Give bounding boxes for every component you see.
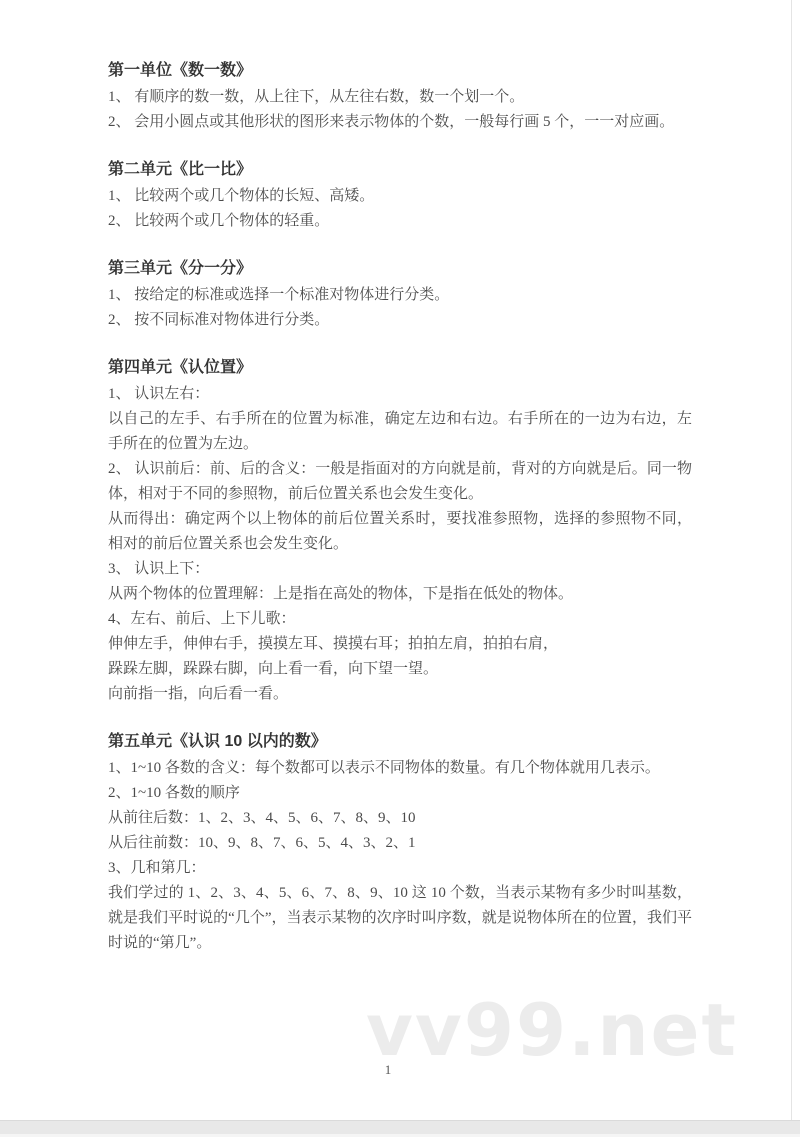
paragraph: 2、 比较两个或几个物体的轻重。 <box>108 209 692 234</box>
paragraph: 2、 按不同标准对物体进行分类。 <box>108 308 692 333</box>
document-section: 第三单元《分一分》1、 按给定的标准或选择一个标准对物体进行分类。2、 按不同标… <box>108 256 692 333</box>
page-right-edge-line <box>791 0 792 1120</box>
paragraph: 我们学过的 1、2、3、4、5、6、7、8、9、10 这 10 个数，当表示某物… <box>108 881 692 956</box>
paragraph: 从后往前数：10、9、8、7、6、5、4、3、2、1 <box>108 831 692 856</box>
paragraph: 从前往后数：1、2、3、4、5、6、7、8、9、10 <box>108 806 692 831</box>
paragraph: 1、 有顺序的数一数，从上往下，从左往右数，数一个划一个。 <box>108 85 692 110</box>
document-viewer[interactable]: vv99.net 第一单位《数一数》1、 有顺序的数一数，从上往下，从左往右数，… <box>0 0 800 1137</box>
document-section: 第一单位《数一数》1、 有顺序的数一数，从上往下，从左往右数，数一个划一个。2、… <box>108 58 692 135</box>
paragraph: 以自己的左手、右手所在的位置为标准，确定左边和右边。右手所在的一边为右边，左手所… <box>108 407 692 457</box>
document-section: 第四单元《认位置》1、 认识左右：以自己的左手、右手所在的位置为标准，确定左边和… <box>108 355 692 707</box>
section-heading: 第五单元《认识 10 以内的数》 <box>108 729 692 754</box>
paragraph: 1、1~10 各数的含义：每个数都可以表示不同物体的数量。有几个物体就用几表示。 <box>108 756 692 781</box>
paragraph: 3、 认识上下： <box>108 557 692 582</box>
paragraph: 向前指一指，向后看一看。 <box>108 682 692 707</box>
document-section: 第二单元《比一比》1、 比较两个或几个物体的长短、高矮。2、 比较两个或几个物体… <box>108 157 692 234</box>
paragraph: 1、 按给定的标准或选择一个标准对物体进行分类。 <box>108 283 692 308</box>
document-section: 第五单元《认识 10 以内的数》1、1~10 各数的含义：每个数都可以表示不同物… <box>108 729 692 956</box>
paragraph: 2、1~10 各数的顺序 <box>108 781 692 806</box>
paragraph: 4、左右、前后、上下儿歌： <box>108 607 692 632</box>
document-content: 第一单位《数一数》1、 有顺序的数一数，从上往下，从左往右数，数一个划一个。2、… <box>108 58 692 978</box>
section-heading: 第一单位《数一数》 <box>108 58 692 83</box>
paragraph: 2、 会用小圆点或其他形状的图形来表示物体的个数，一般每行画 5 个，一一对应画… <box>108 110 692 135</box>
page-gap-bar <box>0 1120 800 1134</box>
section-heading: 第三单元《分一分》 <box>108 256 692 281</box>
document-page: vv99.net 第一单位《数一数》1、 有顺序的数一数，从上往下，从左往右数，… <box>0 0 800 1120</box>
paragraph: 2、 认识前后：前、后的含义：一般是指面对的方向就是前，背对的方向就是后。同一物… <box>108 457 692 507</box>
section-heading: 第四单元《认位置》 <box>108 355 692 380</box>
page-number: 1 <box>0 1062 776 1078</box>
paragraph: 1、 比较两个或几个物体的长短、高矮。 <box>108 184 692 209</box>
paragraph: 3、几和第几： <box>108 856 692 881</box>
paragraph: 1、 认识左右： <box>108 382 692 407</box>
section-heading: 第二单元《比一比》 <box>108 157 692 182</box>
paragraph: 跺跺左脚，跺跺右脚，向上看一看，向下望一望。 <box>108 657 692 682</box>
paragraph: 伸伸左手，伸伸右手，摸摸左耳、摸摸右耳；拍拍左肩，拍拍右肩， <box>108 632 692 657</box>
watermark: vv99.net <box>366 988 738 1072</box>
paragraph: 从而得出：确定两个以上物体的前后位置关系时，要找准参照物，选择的参照物不同，相对… <box>108 507 692 557</box>
paragraph: 从两个物体的位置理解：上是指在高处的物体，下是指在低处的物体。 <box>108 582 692 607</box>
